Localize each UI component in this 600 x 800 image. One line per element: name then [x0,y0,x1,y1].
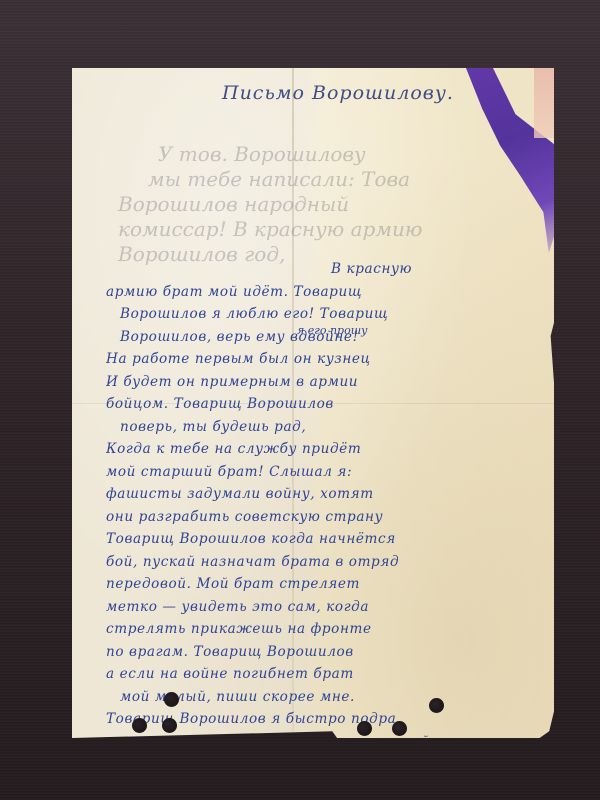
letter-line: стрелять прикажешь на фронте [106,618,556,641]
letter-line: а если на войне погибнет брат [106,663,556,686]
letter-line: бойцом. Товарищ Ворошилов [106,393,556,416]
letter-line: На работе первым был он кузнец [106,348,556,371]
letter-line: сту, и стану вместо брата с винтовкой [106,731,556,754]
letter-line: В красную [106,258,556,281]
letter-line: на посту. [106,753,556,776]
erased-line: мы тебе написали: Това [118,167,538,192]
punched-hole [132,718,147,733]
letter-paper: Письмо Ворошилову. У тов. Ворошилову мы … [72,68,554,738]
letter-line: Ворошилов, верь ему вдвойне! [106,326,556,349]
letter-line: Товарищ Ворошилов когда начнётся [106,528,556,551]
erased-line: комиссар! В красную армию [118,217,538,242]
letter-line: передовой. Мой брат стреляет [106,573,556,596]
erased-line: У тов. Ворошилову [118,142,538,167]
punched-hole [357,721,372,736]
letter-line: по врагам. Товарищ Ворошилов [106,641,556,664]
letter-line: поверь, ты будешь рад, [106,416,556,439]
letter-line: И будет он примерным в армии [106,371,556,394]
letter-line: Когда к тебе на службу придёт [106,438,556,461]
punched-hole [392,721,407,736]
erased-pencil-text: У тов. Ворошилову мы тебе написали: Това… [118,142,538,267]
letter-line: мой старший брат! Слышал я: [106,461,556,484]
erased-line: Ворошилов народный [118,192,538,217]
punched-hole [162,718,177,733]
letter-title: Письмо Ворошилову. [222,82,454,104]
punched-hole [164,692,179,707]
letter-line: они разграбить советскую страну [106,506,556,529]
letter-line: бой, пускай назначат брата в отряд [106,551,556,574]
letter-line: фашисты задумали войну, хотят [106,483,556,506]
letter-line: армию брат мой идёт. Товарищ [106,281,556,304]
stain-discoloration [534,68,554,138]
letter-line: метко — увидеть это сам, когда [106,596,556,619]
punched-hole [429,698,444,713]
letter-line: Ворошилов я люблю его! Товарищ [106,303,556,326]
